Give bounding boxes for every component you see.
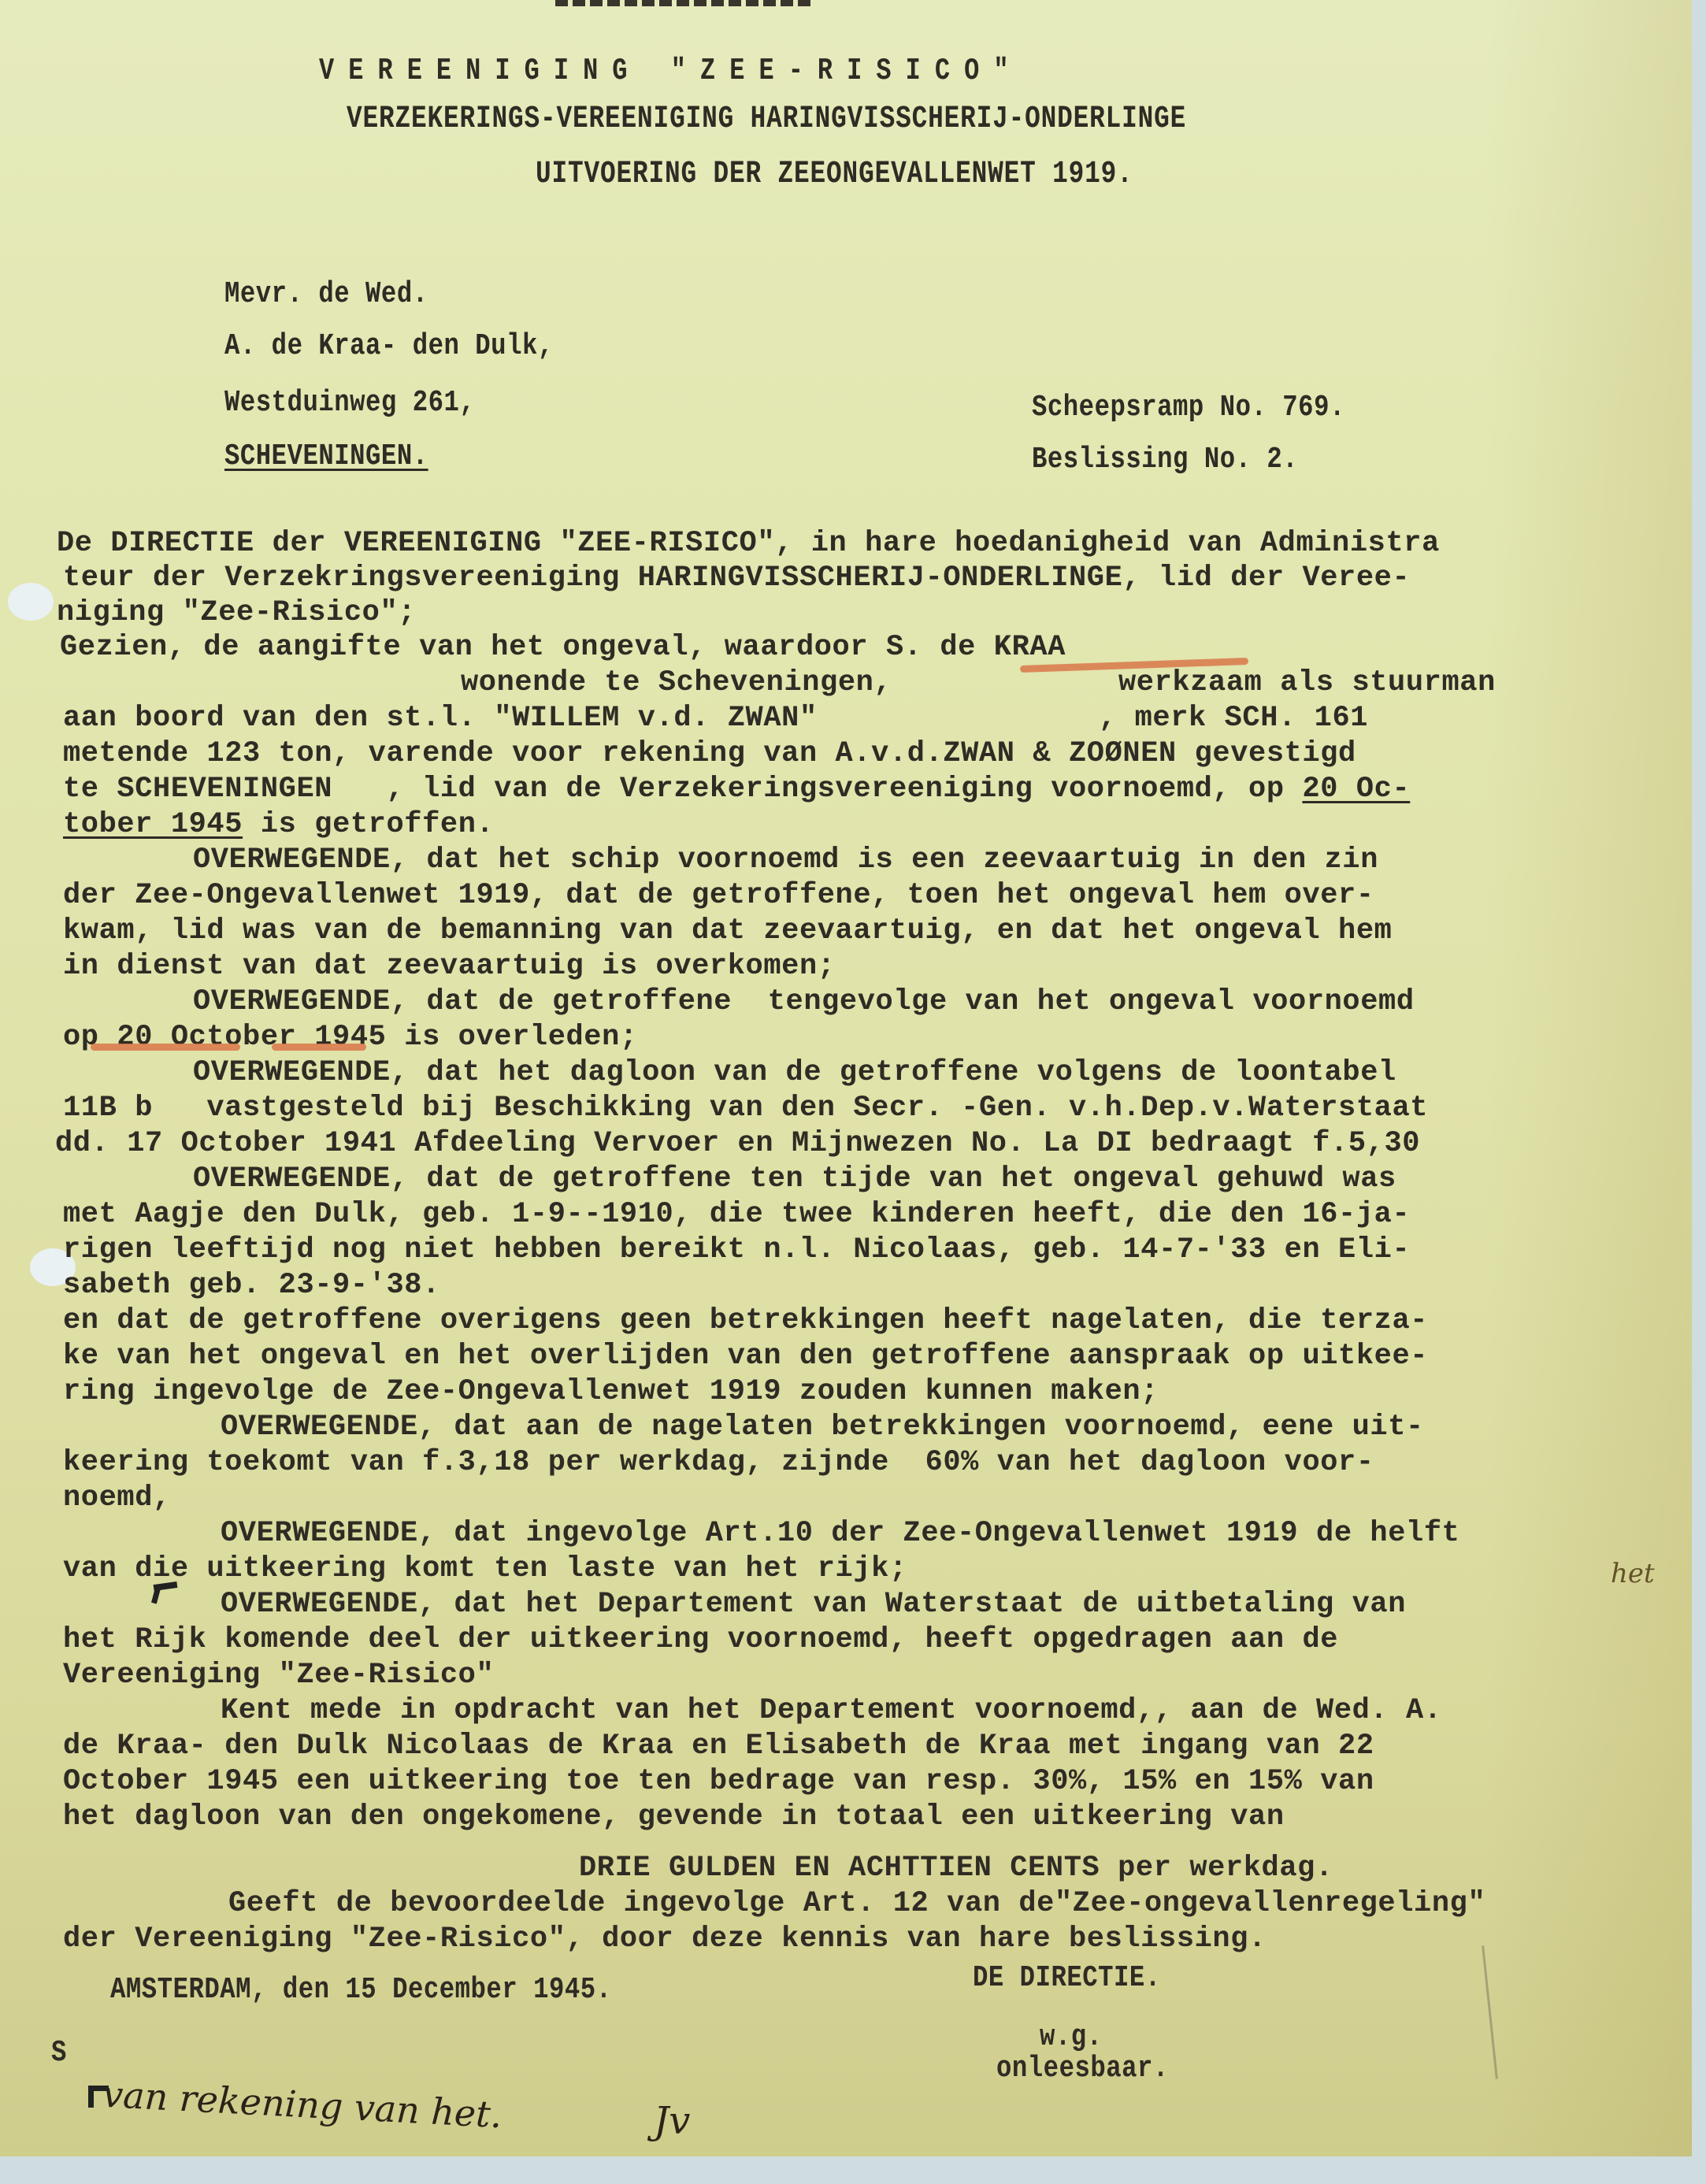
handwritten-initials: Jv xyxy=(654,2099,690,2143)
body-line: ring ingevolge de Zee-Ongevallenwet 1919… xyxy=(63,1374,1159,1409)
body-line: Gezien, de aangifte van het ongeval, waa… xyxy=(60,630,1066,665)
top-dashed-rule xyxy=(555,0,811,6)
body-text: Gezien, de aangifte van het ongeval, waa… xyxy=(60,631,886,664)
body-line: dd. 17 October 1941 Afdeeling Vervoer en… xyxy=(55,1126,1420,1161)
body-line: der Zee-Ongevallenwet 1919, dat de getro… xyxy=(63,878,1374,913)
signed-abbrev: w.g. xyxy=(1040,2020,1103,2055)
body-line: OVERWEGENDE, dat het dagloon van de getr… xyxy=(193,1055,1396,1090)
signatory: DE DIRECTIE. xyxy=(973,1961,1161,1996)
body-line: OVERWEGENDE, dat ingevolge Art.10 der Ze… xyxy=(221,1516,1459,1551)
victim-name: S. de KRAA xyxy=(886,631,1066,664)
body-line: te SCHEVENINGEN , lid van de Verzekering… xyxy=(63,772,1410,806)
body-line: , merk SCH. 161 xyxy=(1099,701,1368,736)
accident-date-part1: 20 Oc- xyxy=(1302,773,1410,806)
body-line: de Kraa- den Dulk Nicolaas de Kraa en El… xyxy=(63,1729,1374,1763)
body-line: OVERWEGENDE, dat het Departement van Wat… xyxy=(221,1587,1406,1622)
body-text: te SCHEVENINGEN , lid van de Verzekering… xyxy=(63,773,1302,806)
red-underline-deceased xyxy=(272,1044,366,1051)
body-line: van die uitkeering komt ten laste van he… xyxy=(63,1552,907,1586)
body-line: der Vereeniging "Zee-Risico", door deze … xyxy=(63,1922,1267,1956)
body-line: niging "Zee-Risico"; xyxy=(57,595,416,630)
decision-number: Beslissing No. 2. xyxy=(1032,443,1298,477)
recipient-line-2: A. de Kraa- den Dulk, xyxy=(224,329,554,364)
body-line: Geeft de bevoordeelde ingevolge Art. 12 … xyxy=(228,1886,1485,1921)
handwritten-margin-note: van rekening van het. xyxy=(102,2073,503,2136)
body-line: rigen leeftijd nog niet hebben bereikt n… xyxy=(63,1233,1410,1267)
typist-initial: S xyxy=(51,2036,67,2071)
body-line: in dienst van dat zeevaartuig is overkom… xyxy=(63,949,836,984)
body-line: noemd, xyxy=(63,1481,171,1515)
body-line: Vereeniging "Zee-Risico" xyxy=(63,1658,494,1693)
illegible-signature: onleesbaar. xyxy=(996,2052,1169,2086)
header-line-1: VEREENIGING "ZEE-RISICO" xyxy=(319,54,1023,88)
red-underline-date xyxy=(91,1044,240,1051)
accident-date-part2: tober 1945 xyxy=(63,808,243,841)
body-line: teur der Verzekringsvereeniging HARINGVI… xyxy=(63,561,1410,595)
body-line: aan boord van den st.l. "WILLEM v.d. ZWA… xyxy=(63,701,818,736)
body-line: het Rijk komende deel der uitkeering voo… xyxy=(63,1622,1338,1657)
insertion-mark-stem-icon xyxy=(151,1585,161,1604)
recipient-city: SCHEVENINGEN. xyxy=(224,439,428,474)
amount-in-words: DRIE GULDEN EN ACHTTIEN CENTS per werkda… xyxy=(579,1851,1333,1886)
disaster-number: Scheepsramp No. 769. xyxy=(1032,391,1345,425)
handwritten-insertion: het xyxy=(1611,1558,1655,1589)
body-line: ke van het ongeval en het overlijden van… xyxy=(63,1339,1428,1374)
body-line: OVERWEGENDE, dat de getroffene tengevolg… xyxy=(193,984,1415,1019)
body-line: De DIRECTIE der VEREENIGING "ZEE-RISICO"… xyxy=(57,526,1440,561)
place-and-date: AMSTERDAM, den 15 December 1945. xyxy=(110,1973,612,2008)
header-line-3: UITVOERING DER ZEEONGEVALLENWET 1919. xyxy=(536,158,1133,192)
body-line: werkzaam als stuurman xyxy=(1118,666,1496,700)
recipient-line-1: Mevr. de Wed. xyxy=(224,277,428,312)
body-line: sabeth geb. 23-9-'38. xyxy=(63,1268,440,1303)
body-line: OVERWEGENDE, dat het schip voornoemd is … xyxy=(193,843,1378,877)
body-line: en dat de getroffene overigens geen betr… xyxy=(63,1303,1428,1338)
margin-mark-stem-icon xyxy=(88,2086,94,2108)
body-line: Kent mede in opdracht van het Departemen… xyxy=(221,1693,1442,1728)
letter-paper: VEREENIGING "ZEE-RISICO" VERZEKERINGS-VE… xyxy=(0,0,1692,2156)
body-text: is getroffen. xyxy=(243,808,494,841)
punch-hole-upper xyxy=(8,583,54,621)
body-line: 11B b vastgesteld bij Beschikking van de… xyxy=(63,1091,1428,1125)
body-line: kwam, lid was van de bemanning van dat z… xyxy=(63,914,1392,948)
body-line: het dagloon van den ongekomene, gevende … xyxy=(63,1800,1285,1834)
body-line: keering toekomt van f.3,18 per werkdag, … xyxy=(63,1445,1374,1480)
pencil-stroke-icon xyxy=(1482,1945,1498,2078)
body-line: October 1945 een uitkeering toe ten bedr… xyxy=(63,1764,1374,1799)
body-line: tober 1945 is getroffen. xyxy=(63,807,494,842)
body-line: met Aagje den Dulk, geb. 1-9--1910, die … xyxy=(63,1197,1410,1232)
recipient-line-3: Westduinweg 261, xyxy=(224,386,475,421)
body-line: OVERWEGENDE, dat de getroffene ten tijde… xyxy=(193,1162,1396,1196)
header-line-2: VERZEKERINGS-VEREENIGING HARINGVISSCHERI… xyxy=(347,102,1186,137)
body-line: wonende te Scheveningen, xyxy=(461,666,892,700)
body-line: OVERWEGENDE, dat aan de nagelaten betrek… xyxy=(221,1410,1424,1444)
body-line: metende 123 ton, varende voor rekening v… xyxy=(63,736,1356,771)
